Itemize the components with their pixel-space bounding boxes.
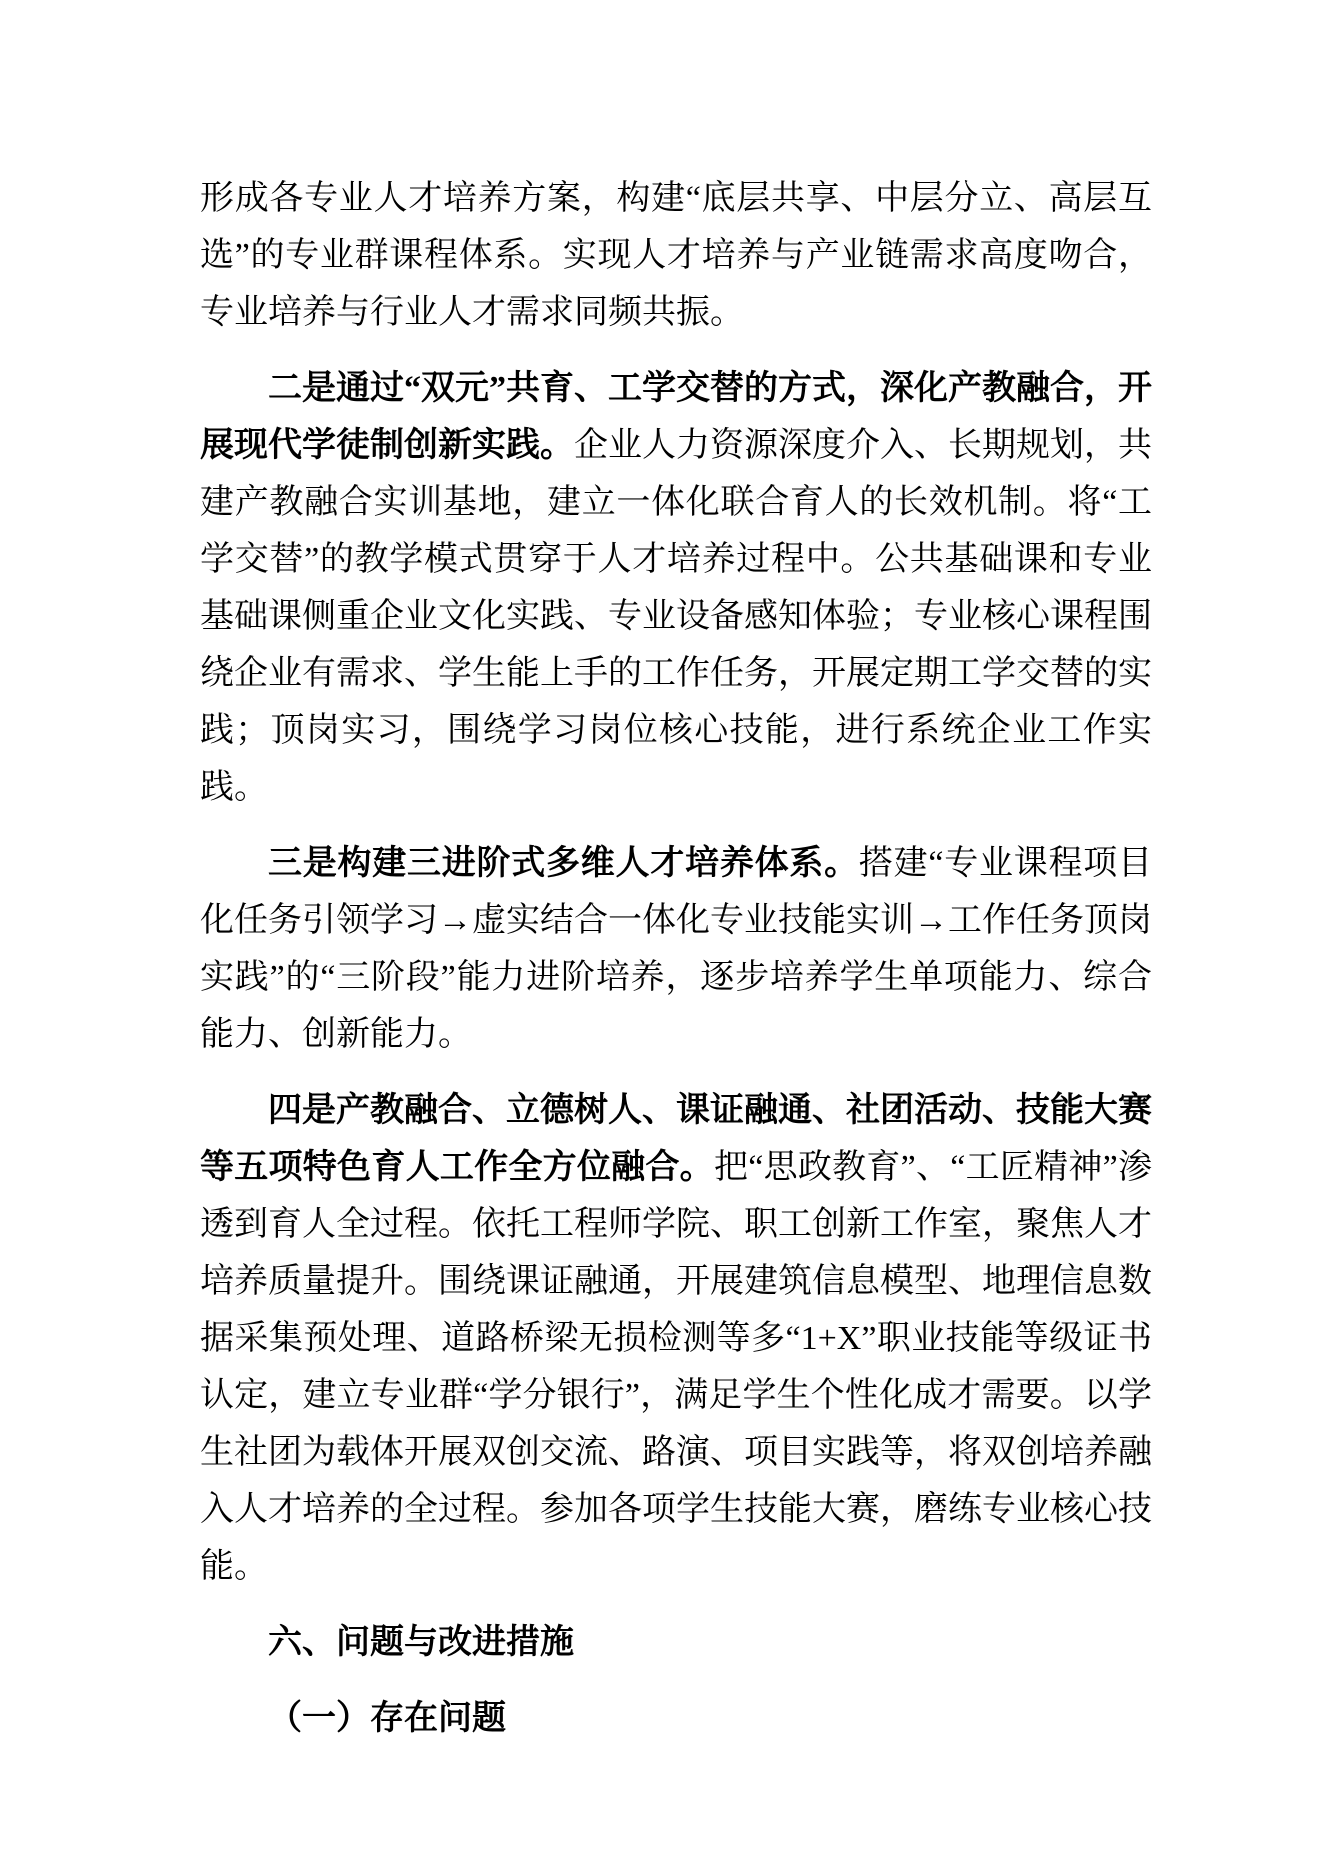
text-run: 把“思政教育”、“工匠精神”渗透到育人全过程。依托工程师学院、职工创新工作室，聚… <box>200 1149 1152 1585</box>
subsection-heading-1: （一）存在问题 <box>200 1690 1152 1747</box>
document-body: 形成各专业人才培养方案，构建“底层共享、中层分立、高层互选”的专业群课程体系。实… <box>200 170 1152 1747</box>
body-paragraph-2: 二是通过“双元”共育、工学交替的方式，深化产教融合，开展现代学徒制创新实践。企业… <box>200 360 1152 816</box>
bold-text-run: 三是构建三进阶式多维人才培养体系。 <box>268 845 859 882</box>
document-page: 形成各专业人才培养方案，构建“底层共享、中层分立、高层互选”的专业群课程体系。实… <box>0 0 1323 1871</box>
bold-text-run: （一）存在问题 <box>268 1700 506 1737</box>
text-run: 企业人力资源深度介入、长期规划，共建产教融合实训基地，建立一体化联合育人的长效机… <box>200 427 1152 806</box>
body-paragraph-continuation: 形成各专业人才培养方案，构建“底层共享、中层分立、高层互选”的专业群课程体系。实… <box>200 170 1152 341</box>
section-heading-6: 六、问题与改进措施 <box>200 1614 1152 1671</box>
bold-text-run: 六、问题与改进措施 <box>268 1623 574 1661</box>
text-run: 形成各专业人才培养方案，构建“底层共享、中层分立、高层互选”的专业群课程体系。实… <box>200 180 1152 331</box>
body-paragraph-4: 四是产教融合、立德树人、课证融通、社团活动、技能大赛等五项特色育人工作全方位融合… <box>200 1082 1152 1595</box>
body-paragraph-3: 三是构建三进阶式多维人才培养体系。搭建“专业课程项目化任务引领学习→虚实结合一体… <box>200 835 1152 1063</box>
